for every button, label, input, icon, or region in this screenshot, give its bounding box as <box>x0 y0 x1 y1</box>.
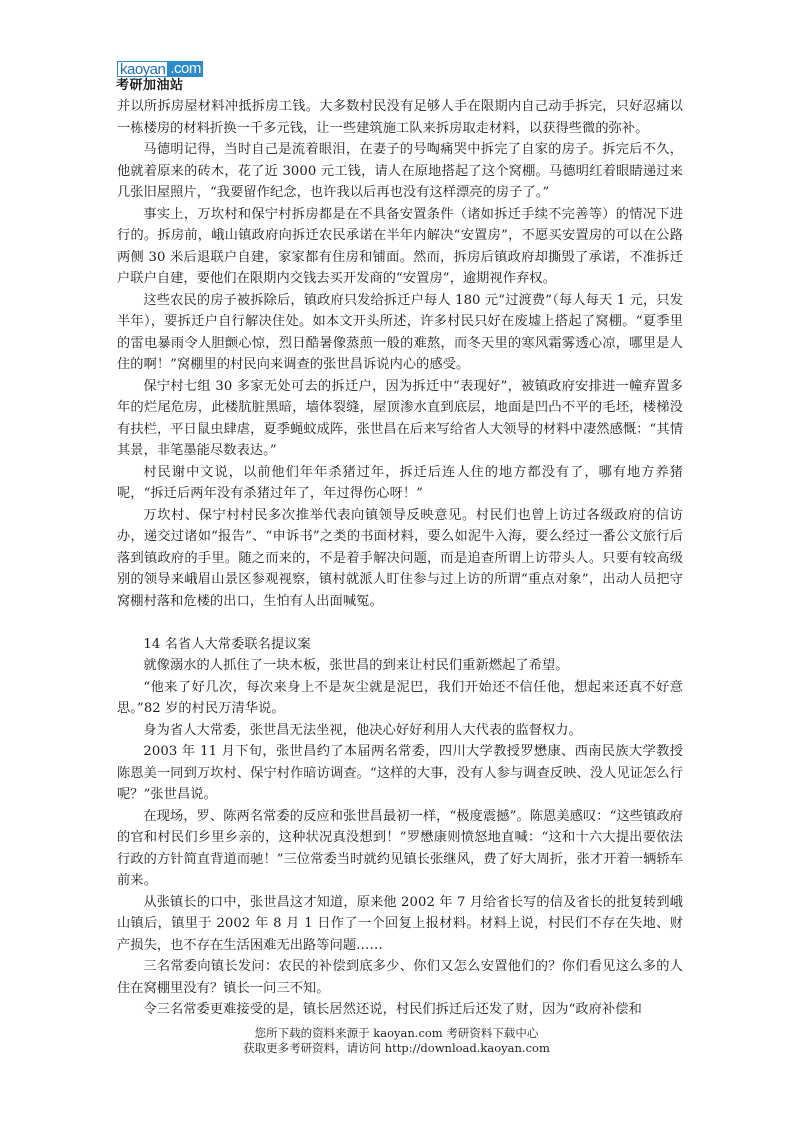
paragraph: 村民谢中文说，以前他们年年杀猪过年，拆迁后连人住的地方都没有了，哪有地方养猪呢，… <box>117 462 683 505</box>
footer-source-line: 您所下载的资料来源于 kaoyan.com 考研资料下载中心 <box>0 1026 793 1041</box>
section-heading: 14 名省人大常委联名提议案 <box>117 634 683 656</box>
paragraph: 就像溺水的人抓住了一块木板，张世昌的到来让村民们重新燃起了希望。 <box>117 655 683 677</box>
paragraph: 令三名常委更难接受的是，镇长居然还说，村民们拆迁后还发了财，因为“政府补偿和 <box>117 999 683 1021</box>
paragraph: 身为省人大常委，张世昌无法坐视，他决心好好利用人大代表的监督权力。 <box>117 720 683 742</box>
logo-subtitle: 考研加油站 <box>116 78 184 94</box>
logo-text-kaoyan: kaoyan <box>117 61 168 77</box>
paragraph: 从张镇长的口中，张世昌这才知道，原来他 2002 年 7 月给省长写的信及省长的… <box>117 892 683 957</box>
paragraph: “他来了好几次，每次来身上不是灰尘就是泥巴，我们开始还不信任他，想起来还真不好意… <box>117 677 683 720</box>
paragraph: 在现场，罗、陈两名常委的反应和张世昌最初一样，“极度震撼”。陈恩美感叹：“这些镇… <box>117 806 683 892</box>
paragraph: 马德明记得，当时自己是流着眼泪，在妻子的号啕痛哭中拆完了自家的房子。拆完后不久，… <box>117 139 683 204</box>
paragraph: 这些农民的房子被拆除后，镇政府只发给拆迁户每人 180 元“过渡费”（每人每天 … <box>117 290 683 376</box>
article-body: 并以所拆房屋材料冲抵拆房工钱。大多数村民没有足够人手在限期内自己动手拆完，只好忍… <box>117 96 683 1021</box>
paragraph: 事实上，万坎村和保宁村拆房都是在不具备安置条件（诸如拆迁手续不完善等）的情况下进… <box>117 204 683 290</box>
kaoyan-logo: kaoyan.com <box>117 61 207 77</box>
footer-link-line[interactable]: 获取更多考研资料，请访问 http://download.kaoyan.com <box>0 1041 793 1056</box>
page-footer: 您所下载的资料来源于 kaoyan.com 考研资料下载中心 获取更多考研资料，… <box>0 1026 793 1056</box>
paragraph: 并以所拆房屋材料冲抵拆房工钱。大多数村民没有足够人手在限期内自己动手拆完，只好忍… <box>117 96 683 139</box>
paragraph: 2003 年 11 月下旬，张世昌约了本届两名常委，四川大学教授罗懋康、西南民族… <box>117 741 683 806</box>
logo-text-com: .com <box>168 61 203 77</box>
paragraph: 万坎村、保宁村村民多次推举代表向镇领导反映意见。村民们也曾上访过各级政府的信访办… <box>117 505 683 613</box>
paragraph: 保宁村七组 30 多家无处可去的拆迁户，因为拆迁中“表现好”，被镇政府安排进一幢… <box>117 376 683 462</box>
paragraph: 三名常委向镇长发问：农民的补偿到底多少、你们又怎么安置他们的？你们看见这么多的人… <box>117 956 683 999</box>
